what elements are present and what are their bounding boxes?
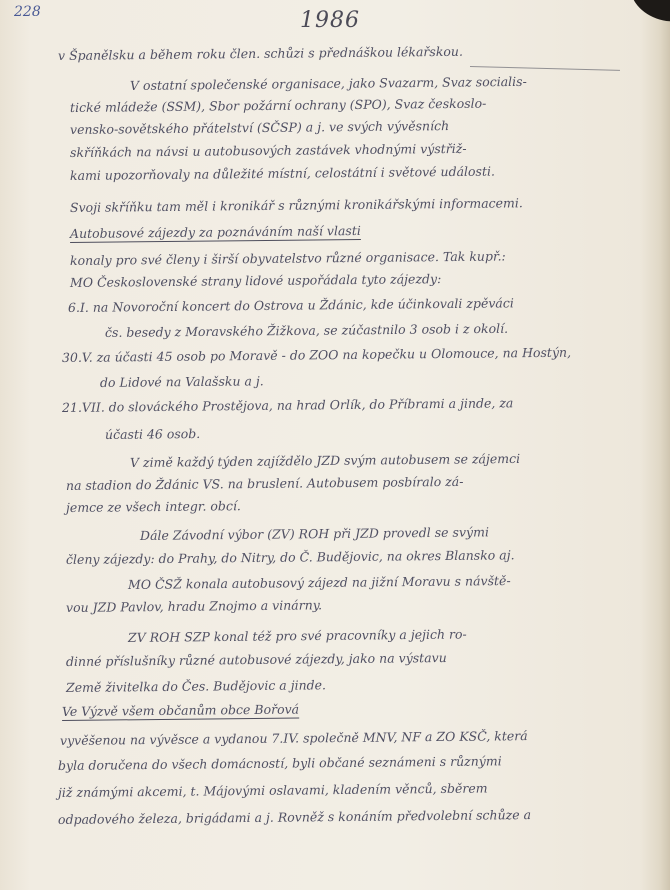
text-line: skříňkách na návsi u autobusových zastáv…	[70, 141, 467, 160]
text-line: vou JZD Pavlov, hradu Znojmo a vinárny.	[66, 597, 322, 615]
text-line: 21.VII. do slováckého Prostějova, na hra…	[62, 395, 513, 415]
text-line: V zimě každý týden zajíždělo JZD svým au…	[130, 451, 520, 470]
text-line: účasti 46 osob.	[105, 426, 200, 442]
text-line: vyvěšenou na vývěsce a vydanou 7.IV. spo…	[60, 728, 528, 748]
text-line: byla doručena do všech domácností, byli …	[58, 753, 502, 773]
text-line: členy zájezdy: do Prahy, do Nitry, do Č.…	[66, 547, 515, 567]
text-line: MO Československé strany lidové uspořáda…	[70, 271, 441, 290]
page-number: 228	[14, 4, 41, 20]
line-end-dash	[470, 66, 620, 71]
text-line: na stadion do Ždánic VS. na bruslení. Au…	[66, 474, 464, 493]
text-line: V ostatní společenské organisace, jako S…	[130, 74, 527, 93]
text-line: odpadového železa, brigádami a j. Rovněž…	[58, 807, 531, 827]
text-line: konaly pro své členy i širší obyvatelstv…	[70, 248, 506, 268]
text-line: již známými akcemi, t. Májovými oslavami…	[58, 781, 488, 800]
text-line: Svoji skříňku tam měl i kronikář s různý…	[70, 195, 523, 215]
text-line: v Španělsku a během roku člen. schůzi s …	[58, 44, 463, 63]
text-line: Země živitelka do Čes. Budějovic a jinde…	[66, 677, 326, 695]
text-line: 30.V. za účasti 45 osob po Moravě - do Z…	[62, 345, 571, 365]
text-line: 6.I. na Novoroční koncert do Ostrova u Ž…	[68, 295, 514, 315]
page-corner-shadow	[624, 0, 670, 30]
section-heading-trips: Autobusové zájezdy za poznáváním naší vl…	[70, 223, 361, 241]
text-line: ZV ROH SZP konal též pro své pracovníky …	[128, 626, 467, 645]
text-line: MO ČSŽ konala autobusový zájezd na jižní…	[128, 573, 511, 592]
text-line: kami upozorňovaly na důležité místní, ce…	[70, 164, 495, 183]
text-line: dinné příslušníky různé autobusové zájez…	[66, 650, 447, 669]
text-line: jemce ze všech integr. obcí.	[66, 498, 241, 515]
text-line: tické mládeže (SSM), Sbor požární ochran…	[70, 96, 486, 115]
chronicle-page: 228 1986 v Španělsku a během roku člen. …	[0, 0, 670, 890]
text-line: vensko-sovětského přátelství (SČSP) a j.…	[70, 118, 449, 137]
text-line: do Lidové na Valašsku a j.	[100, 373, 264, 390]
text-line: Dále Závodní výbor (ZV) ROH při JZD prov…	[140, 524, 489, 543]
section-heading-appeal: Ve Výzvě všem občanům obce Bořová	[62, 702, 299, 719]
year-heading: 1986	[300, 8, 360, 33]
text-line: čs. besedy z Moravského Žižkova, se zúča…	[105, 321, 508, 340]
